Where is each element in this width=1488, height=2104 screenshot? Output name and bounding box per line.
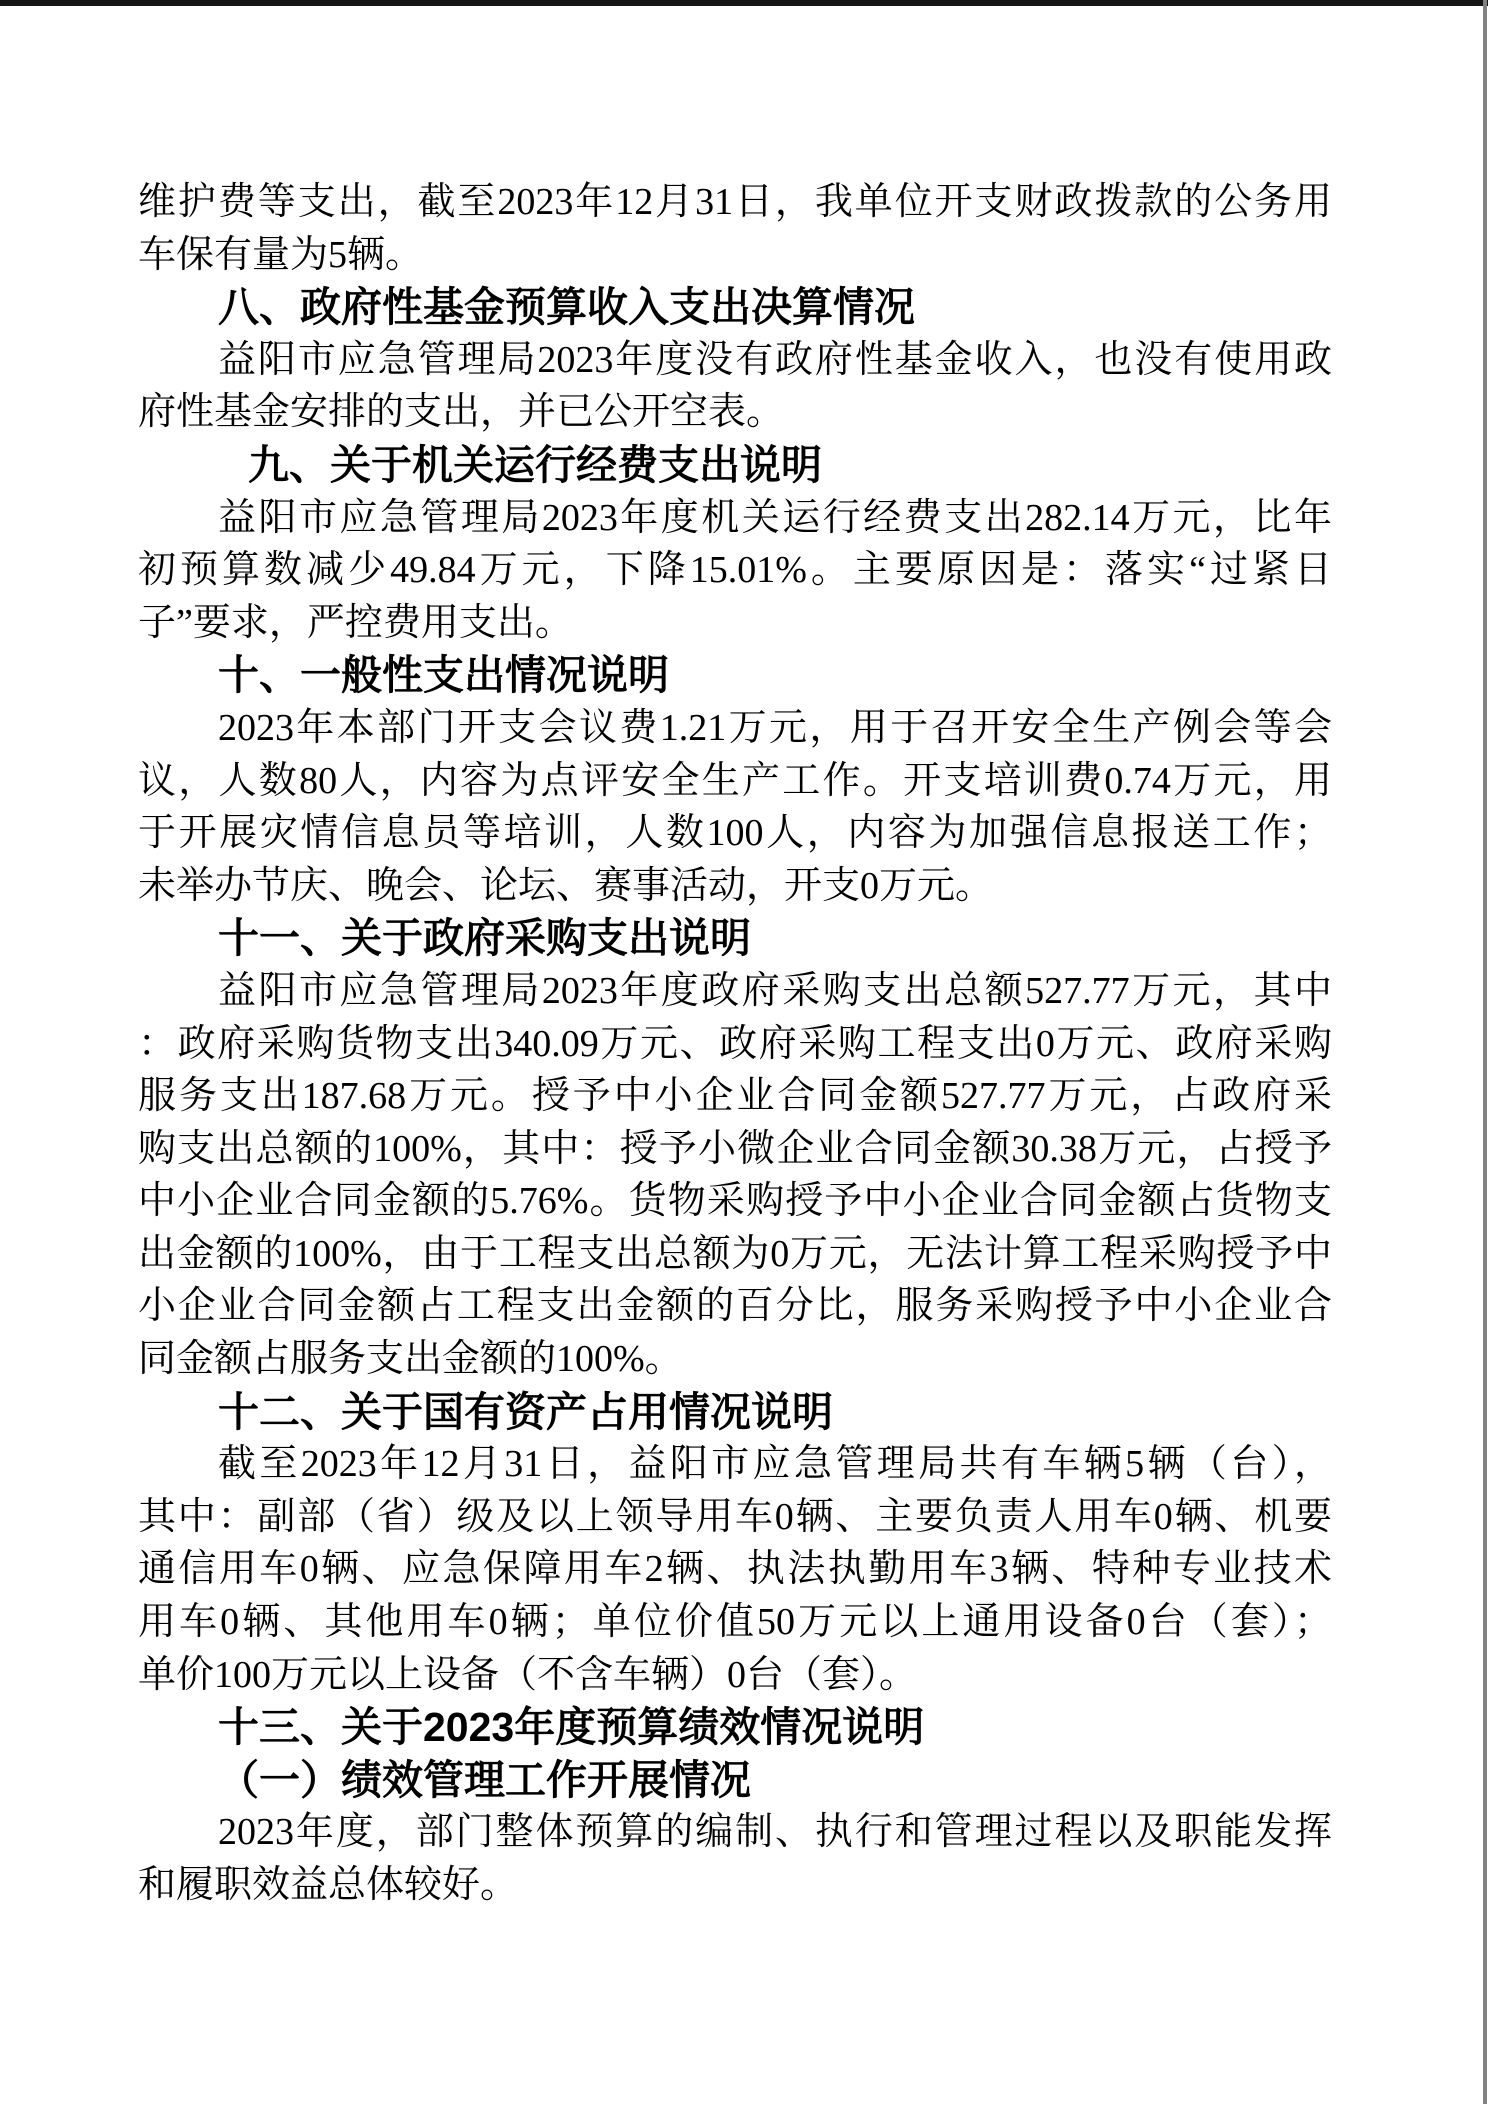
section-heading: 十三、关于2023年度预算绩效情况说明 — [138, 1701, 1332, 1754]
document-line: 小企业合同金额占工程支出金额的百分比，服务采购授予中小企业合 — [138, 1280, 1332, 1333]
section-heading: 八、政府性基金预算收入支出决算情况 — [138, 281, 1332, 334]
document-line: 购支出总额的100%，其中：授予小微企业合同金额30.38万元，占授予 — [138, 1123, 1332, 1176]
document-line: 单价100万元以上设备（不含车辆）0台（套）。 — [138, 1649, 1332, 1702]
section-heading: 九、关于机关运行经费支出说明 — [138, 439, 1332, 492]
document-line: 议，人数80人，内容为点评安全生产工作。开支培训费0.74万元，用 — [138, 755, 1332, 808]
document-line: 益阳市应急管理局2023年度政府采购支出总额527.77万元，其中 — [138, 965, 1332, 1018]
document-line: 其中：副部（省）级及以上领导用车0辆、主要负责人用车0辆、机要 — [138, 1491, 1332, 1544]
document-line: 服务支出187.68万元。授予中小企业合同金额527.77万元，占政府采 — [138, 1070, 1332, 1123]
page-top-border — [0, 0, 1488, 6]
section-heading: （一）绩效管理工作开展情况 — [138, 1754, 1332, 1807]
document-line: 维护费等支出，截至2023年12月31日，我单位开支财政拨款的公务用 — [138, 176, 1332, 229]
document-line: 初预算数减少49.84万元，下降15.01%。主要原因是：落实“过紧日 — [138, 544, 1332, 597]
document-line: 通信用车0辆、应急保障用车2辆、执法执勤用车3辆、特种专业技术 — [138, 1543, 1332, 1596]
document-text-block: 维护费等支出，截至2023年12月31日，我单位开支财政拨款的公务用车保有量为5… — [138, 176, 1332, 1912]
section-heading: 十一、关于政府采购支出说明 — [138, 912, 1332, 965]
document-line: 出金额的100%，由于工程支出总额为0万元，无法计算工程采购授予中 — [138, 1228, 1332, 1281]
document-line: 2023年本部门开支会议费1.21万元，用于召开安全生产例会等会 — [138, 702, 1332, 755]
section-heading: 十、一般性支出情况说明 — [138, 649, 1332, 702]
document-line: 车保有量为5辆。 — [138, 229, 1332, 282]
document-line: 子”要求，严控费用支出。 — [138, 597, 1332, 650]
document-line: 用车0辆、其他用车0辆；单位价值50万元以上通用设备0台（套）； — [138, 1596, 1332, 1649]
document-line: 益阳市应急管理局2023年度机关运行经费支出282.14万元，比年 — [138, 492, 1332, 545]
document-line: ：政府采购货物支出340.09万元、政府采购工程支出0万元、政府采购 — [138, 1018, 1332, 1071]
document-line: 同金额占服务支出金额的100%。 — [138, 1333, 1332, 1386]
document-line: 和履职效益总体较好。 — [138, 1859, 1332, 1912]
page-right-border — [1483, 0, 1487, 2104]
document-line: 府性基金安排的支出，并已公开空表。 — [138, 386, 1332, 439]
document-line: 截至2023年12月31日，益阳市应急管理局共有车辆5辆（台）， — [138, 1438, 1332, 1491]
document-line: 中小企业合同金额的5.76%。货物采购授予中小企业合同金额占货物支 — [138, 1175, 1332, 1228]
document-page: 维护费等支出，截至2023年12月31日，我单位开支财政拨款的公务用车保有量为5… — [0, 0, 1488, 2104]
document-line: 2023年度，部门整体预算的编制、执行和管理过程以及职能发挥 — [138, 1806, 1332, 1859]
section-heading: 十二、关于国有资产占用情况说明 — [138, 1386, 1332, 1439]
document-line: 于开展灾情信息员等培训，人数100人，内容为加强信息报送工作； — [138, 807, 1332, 860]
document-line: 未举办节庆、晚会、论坛、赛事活动，开支0万元。 — [138, 860, 1332, 913]
document-line: 益阳市应急管理局2023年度没有政府性基金收入，也没有使用政 — [138, 334, 1332, 387]
